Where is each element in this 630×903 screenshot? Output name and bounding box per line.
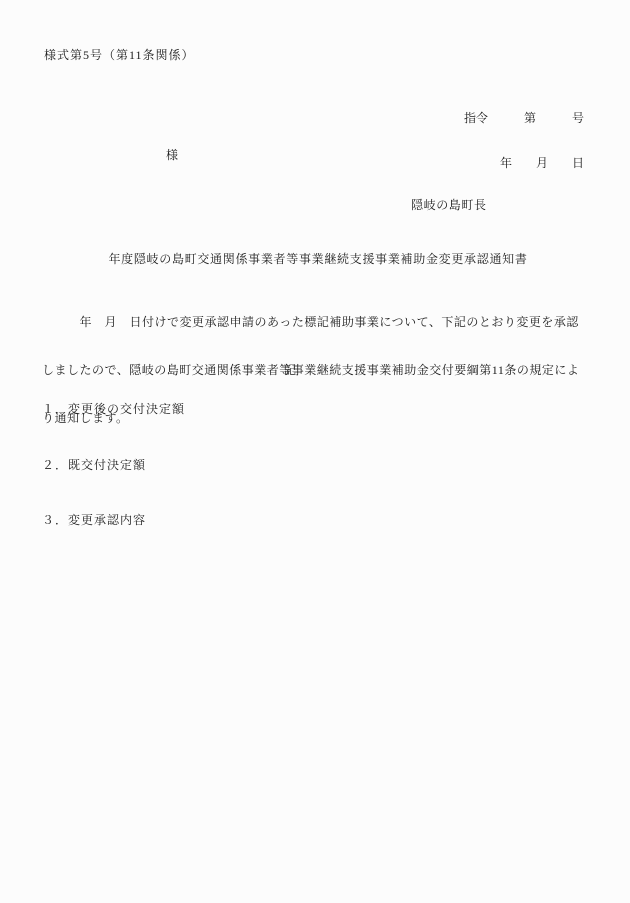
body-line-1: 年 月 日付けで変更承認申請のあった標記補助事業について、下記のとおり変更を承認 xyxy=(42,312,602,332)
directive-date-line: 年 月 日 xyxy=(464,155,584,172)
document-page: 様式第5号（第11条関係） 指令 第 号 年 月 日 様 隠岐の島町長 年度隠岐… xyxy=(0,0,630,903)
list-item-approved-amount: １．変更後の交付決定額 xyxy=(42,402,185,416)
directive-number-line: 指令 第 号 xyxy=(464,110,584,127)
addressee-honorific: 様 xyxy=(166,148,178,162)
list-item-change-details: ３．変更承認内容 xyxy=(42,513,146,527)
issuer-name: 隠岐の島町長 xyxy=(411,198,487,212)
directive-block: 指令 第 号 年 月 日 xyxy=(464,82,584,200)
record-marker: 記 xyxy=(0,363,580,377)
list-item-previous-amount: ２．既交付決定額 xyxy=(42,458,146,472)
form-number-label: 様式第5号（第11条関係） xyxy=(44,48,195,62)
document-title: 年度隠岐の島町交通関係事業者等事業継続支援事業補助金変更承認通知書 xyxy=(0,252,630,266)
